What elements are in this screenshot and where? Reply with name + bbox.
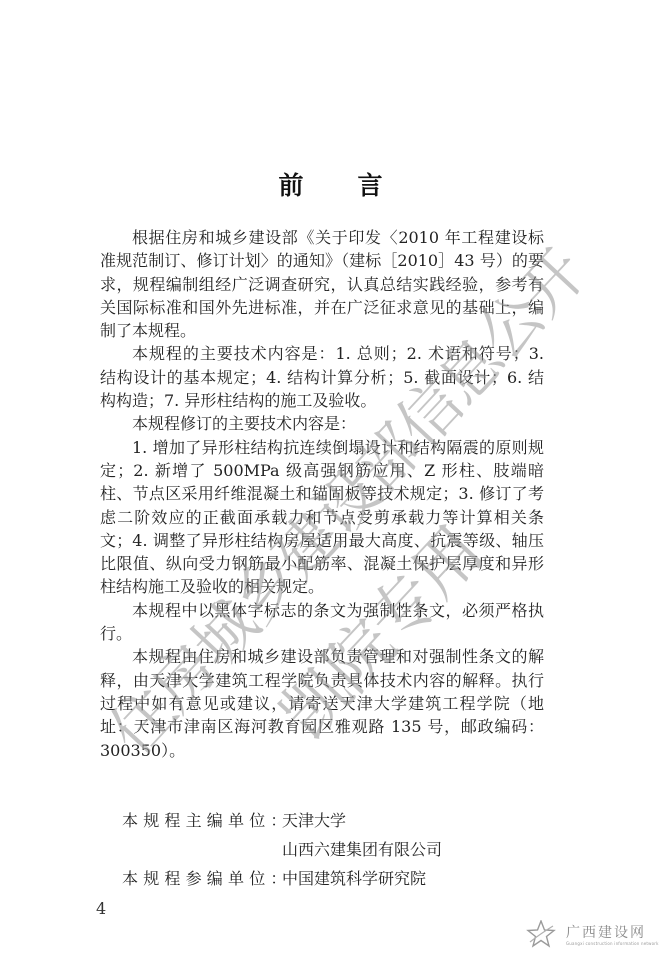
paragraph-mandatory: 本规程中以黑体字标志的条文为强制性条文，必须严格执行。: [100, 599, 544, 646]
chief-unit-value: 天津大学: [282, 808, 346, 831]
page-title: 前言: [0, 166, 661, 202]
participant-unit-label: 本规程参编单位：: [100, 866, 282, 889]
chief-unit-label: 本规程主编单位：: [100, 808, 282, 831]
chief-unit-row-2: 山西六建集团有限公司: [100, 837, 442, 860]
document-page: 前言 根据住房和城乡建设部《关于印发〈2010 年工程建设标准规范制订、修订计划…: [0, 0, 661, 958]
participant-unit-row: 本规程参编单位：中国建筑科学研究院: [100, 866, 426, 889]
page-number: 4: [96, 899, 106, 918]
paragraph-main-contents: 本规程的主要技术内容是：1. 总则；2. 术语和符号；3. 结构设计的基本规定；…: [100, 342, 544, 412]
paragraph-background: 根据住房和城乡建设部《关于印发〈2010 年工程建设标准规范制订、修订计划〉的通…: [100, 226, 544, 342]
title-char-1: 前: [278, 166, 303, 202]
logo-subtitle: Guangxi construction information network: [566, 941, 659, 946]
site-logo: 广西建设网 Guangxi construction information n…: [526, 918, 661, 958]
title-char-2: 言: [358, 166, 383, 202]
preface-body: 根据住房和城乡建设部《关于印发〈2010 年工程建设标准规范制订、修订计划〉的通…: [100, 226, 544, 762]
paragraph-revision-intro: 本规程修订的主要技术内容是：: [100, 412, 544, 435]
paragraph-revision-items: 1. 增加了异形柱结构抗连续倒塌设计和结构隔震的原则规定；2. 新增了 500M…: [100, 436, 544, 599]
chief-unit-value: 山西六建集团有限公司: [282, 837, 442, 860]
chief-unit-row-1: 本规程主编单位：天津大学: [100, 808, 346, 831]
star-icon: [526, 920, 556, 948]
participant-unit-value: 中国建筑科学研究院: [282, 866, 426, 889]
logo-name: 广西建设网: [566, 922, 646, 942]
paragraph-management: 本规程由住房和城乡建设部负责管理和对强制性条文的解释，由天津大学建筑工程学院负责…: [100, 645, 544, 761]
